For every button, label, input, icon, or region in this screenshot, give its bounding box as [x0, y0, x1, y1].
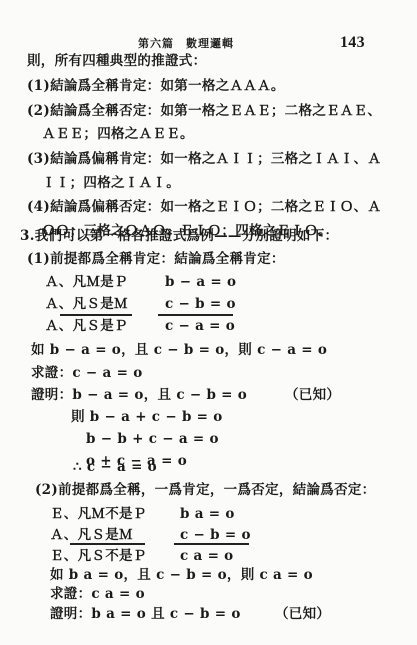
- section-3-heading: 3.我們可以第一格各推證式爲例——分別證明如下：: [20, 227, 338, 245]
- case2-premise-minor: Ａ、凡Ｓ是Ｍ: [50, 526, 133, 544]
- case2-equation-rule: [174, 543, 249, 545]
- case1-premise-major: Ａ、凡Ｍ是Ｐ: [45, 273, 128, 291]
- case1-step-4: ∴ c − a = o: [73, 458, 157, 476]
- case2-if-line: 如 b a = o，且 c − b = o，則 c a = o: [50, 566, 313, 584]
- case2-proof-note: （已知）: [275, 605, 330, 623]
- type-3-line2: ＩＩ；四格之ＩＡＩ。: [42, 174, 180, 192]
- type-2-line1: (2)結論爲全稱否定：如第一格之ＥＡＥ；二格之ＥＡＥ、: [27, 102, 381, 120]
- case2-syllogism-rule: [70, 543, 145, 545]
- case2-eq-conclusion: c a = o: [180, 547, 233, 565]
- case1-proof-note: （已知）: [285, 386, 340, 404]
- page-number: 143: [340, 34, 365, 52]
- case2-to-prove: 求證：c a = o: [50, 585, 145, 603]
- case1-if-line: 如 b − a = o，且 c − b = o，則 c − a = o: [31, 341, 327, 359]
- case2-eq-minor: c − b = o: [180, 526, 251, 544]
- case2-conclusion: Ｅ、凡Ｓ不是Ｐ: [50, 547, 147, 565]
- running-title: 第六篇 數理邏輯: [138, 35, 234, 53]
- type-3-line1: (3)結論爲偏稱肯定：如一格之ＡＩＩ；三格之ＩＡＩ、Ａ: [27, 150, 381, 168]
- case1-step-1: 則 b − a + c − b = o: [71, 408, 223, 426]
- case1-step-2: b − b + c − a = o: [86, 430, 219, 448]
- case1-eq-conclusion: c − a = o: [165, 317, 235, 335]
- case2-title: (2)前提都爲全稱，一爲肯定，一爲否定，結論爲否定：: [35, 481, 375, 499]
- type-2-line2: ＡＥＥ；四格之ＡＥＥ。: [42, 125, 194, 143]
- case1-eq-major: b − a = o: [165, 273, 236, 291]
- case1-eq-minor: c − b = o: [165, 295, 236, 313]
- case2-premise-major: Ｅ、凡Ｍ不是Ｐ: [50, 505, 147, 523]
- case1-equation-rule: [158, 314, 233, 316]
- type-4-line1: (4)結論爲偏稱否定：如一格之ＥＩＯ；二格之ＥＩＯ、Ａ: [27, 198, 381, 216]
- case1-to-prove: 求證：c − a = o: [31, 364, 143, 382]
- case2-proof: 證明：b a = o 且 c − b = o: [50, 605, 241, 623]
- case1-syllogism-rule: [60, 314, 132, 316]
- case1-premise-minor: Ａ、凡Ｓ是Ｍ: [45, 295, 128, 313]
- case2-eq-major: b a = o: [180, 505, 235, 523]
- type-1: (1)結論爲全稱肯定：如第一格之ＡＡＡ。: [27, 77, 285, 95]
- case1-title: (1)前提都爲全稱肯定：結論爲全稱肯定：: [27, 250, 285, 268]
- case1-conclusion: Ａ、凡Ｓ是Ｐ: [45, 317, 128, 335]
- case1-proof: 證明：b − a = o，且 c − b = o: [31, 386, 247, 404]
- intro-line: 則，所有四種典型的推證式：: [27, 52, 206, 70]
